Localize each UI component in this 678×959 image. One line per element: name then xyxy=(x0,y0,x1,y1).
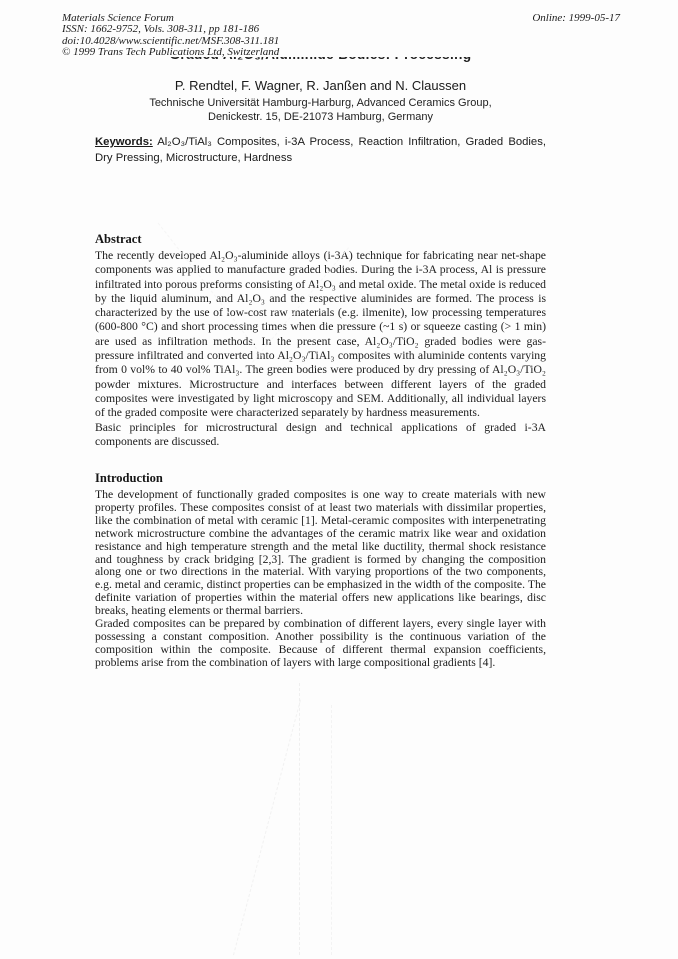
introduction-body: The development of functionally graded c… xyxy=(95,489,546,670)
scan-artifact-vertical-line xyxy=(299,683,300,955)
scan-artifact-vertical-line-2 xyxy=(331,705,332,955)
keywords-text: Al₂O₃/TiAl₃ Composites, i-3A Process, Re… xyxy=(95,136,546,164)
affiliation-block: Technische Universität Hamburg-Harburg, … xyxy=(95,97,546,124)
abstract-heading: Abstract xyxy=(95,232,142,247)
introduction-paragraph-1: The development of functionally graded c… xyxy=(95,489,546,618)
introduction-paragraph-2: Graded composites can be prepared by com… xyxy=(95,618,546,670)
article-title-text: Graded Al₂O₃/Aluminide Bodies: Processin… xyxy=(95,57,546,62)
journal-info-block: Materials Science Forum ISSN: 1662-9752,… xyxy=(62,13,279,59)
abstract-paragraph-1: The recently developed Al₂O₃-aluminide a… xyxy=(95,249,546,421)
keywords-paragraph: Keywords: Al₂O₃/TiAl₃ Composites, i-3A P… xyxy=(95,135,546,166)
page-header: Materials Science Forum ISSN: 1662-9752,… xyxy=(62,13,620,59)
online-date: Online: 1999-05-17 xyxy=(532,13,620,24)
affiliation-line-1: Technische Universität Hamburg-Harburg, … xyxy=(95,97,546,111)
introduction-heading: Introduction xyxy=(95,471,163,486)
affiliation-line-2: Denickestr. 15, DE-21073 Hamburg, German… xyxy=(95,111,546,125)
abstract-body: The recently developed Al₂O₃-aluminide a… xyxy=(95,249,546,449)
scanned-paper-page: Materials Science Forum ISSN: 1662-9752,… xyxy=(0,0,678,959)
authors-line: P. Rendtel, F. Wagner, R. Janßen and N. … xyxy=(95,78,546,93)
scan-artifact-diagonal-line xyxy=(233,700,301,956)
keywords-label: Keywords: xyxy=(95,136,153,148)
article-title-clipped: Graded Al₂O₃/Aluminide Bodies: Processin… xyxy=(95,57,546,69)
abstract-paragraph-2: Basic principles for microstructural des… xyxy=(95,421,546,450)
